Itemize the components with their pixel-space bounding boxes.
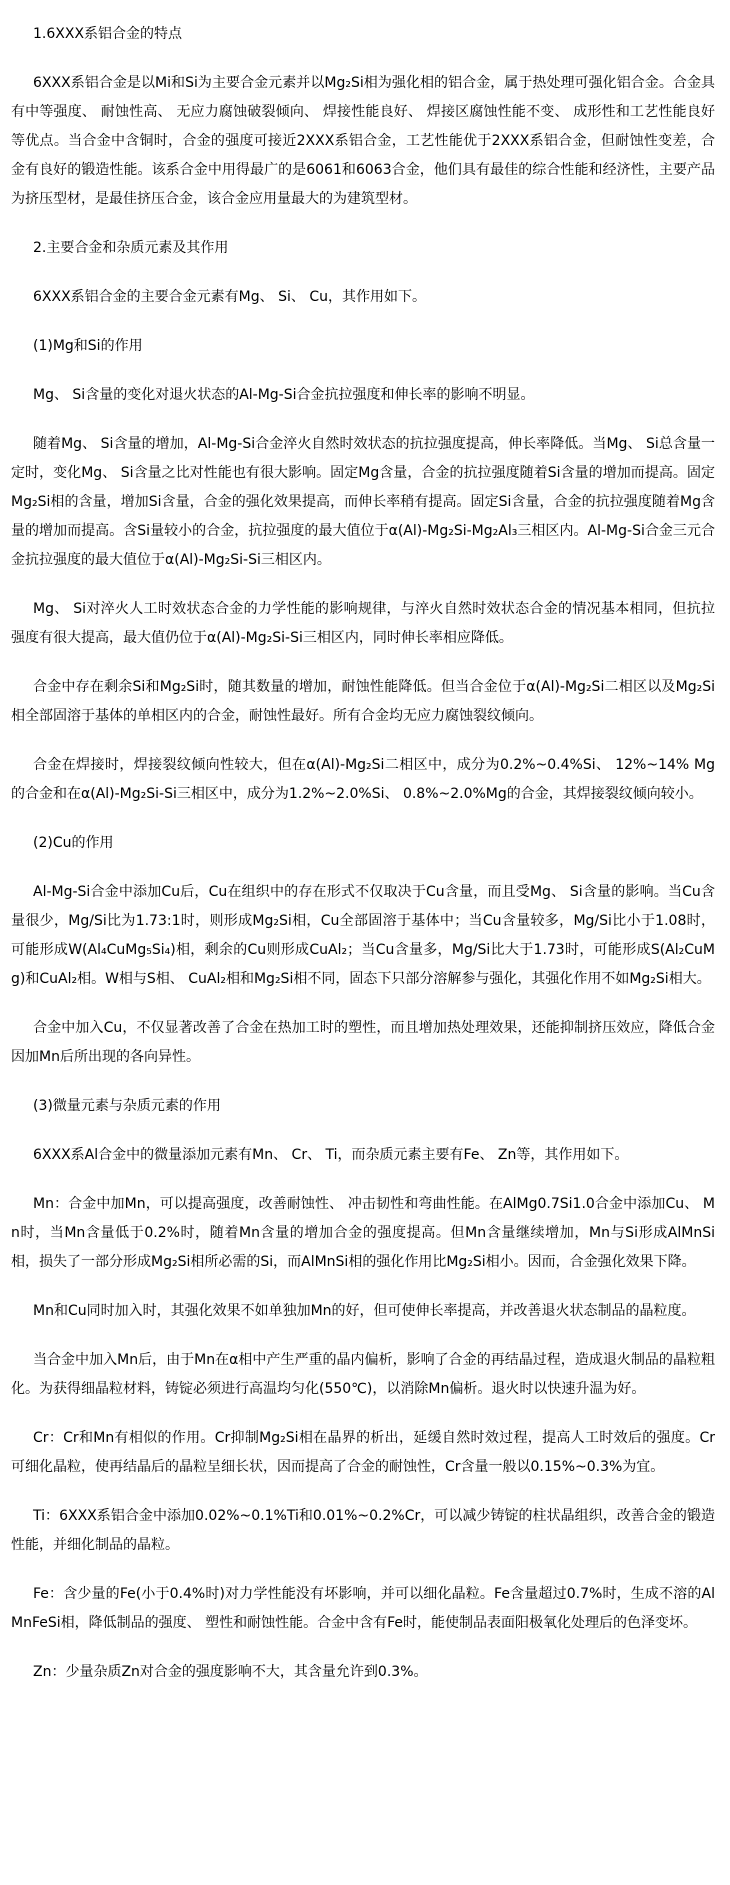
para-mn-cu-combined: Mn和Cu同时加入时，其强化效果不如单独加Mn的好，但可使伸长率提高，并改善退火… (11, 1297, 715, 1326)
heading-1-alloy-features: 1.6XXX系铝合金的特点 (11, 20, 715, 49)
para-main-elements-list: 6XXX系铝合金的主要合金元素有Mg、 Si、 Cu，其作用如下。 (11, 283, 715, 312)
para-ti-effect: Ti：6XXX系铝合金中添加0.02%~0.1%Ti和0.01%~0.2%Cr，… (11, 1502, 715, 1560)
heading-trace-impurity-elements: (3)微量元素与杂质元素的作用 (11, 1092, 715, 1121)
para-welding-cracking: 合金在焊接时，焊接裂纹倾向性较大，但在α(Al)-Mg₂Si二相区中，成分为0.… (11, 751, 715, 809)
heading-2-main-elements: 2.主要合金和杂质元素及其作用 (11, 234, 715, 263)
heading-mg-si-effect: (1)Mg和Si的作用 (11, 332, 715, 361)
para-fe-effect: Fe：含少量的Fe(小于0.4%时)对力学性能没有坏影响，并可以细化晶粒。Fe含… (11, 1580, 715, 1638)
para-alloy-overview: 6XXX系铝合金是以Mi和Si为主要合金元素并以Mg₂Si相为强化相的铝合金，属… (11, 69, 715, 214)
para-mn-effect: Mn：合金中加Mn，可以提高强度，改善耐蚀性、 冲击韧性和弯曲性能。在AlMg0… (11, 1190, 715, 1277)
heading-cu-effect: (2)Cu的作用 (11, 829, 715, 858)
para-mgsi-natural-aging: 随着Mg、 Si含量的增加，Al-Mg-Si合金淬火自然时效状态的抗拉强度提高，… (11, 430, 715, 575)
para-mgsi-annealed-state: Mg、 Si含量的变化对退火状态的Al-Mg-Si合金抗拉强度和伸长率的影响不明… (11, 381, 715, 410)
para-cu-phase-formation: Al-Mg-Si合金中添加Cu后，Cu在组织中的存在形式不仅取决于Cu含量，而且… (11, 878, 715, 994)
para-corrosion-resistance: 合金中存在剩余Si和Mg₂Si时，随其数量的增加，耐蚀性能降低。但当合金位于α(… (11, 673, 715, 731)
para-trace-elements-list: 6XXX系Al合金中的微量添加元素有Mn、 Cr、 Ti，而杂质元素主要有Fe、… (11, 1141, 715, 1170)
para-cu-benefits: 合金中加入Cu，不仅显著改善了合金在热加工时的塑性，而且增加热处理效果，还能抑制… (11, 1014, 715, 1072)
document-page: 1.6XXX系铝合金的特点 6XXX系铝合金是以Mi和Si为主要合金元素并以Mg… (0, 0, 730, 1885)
para-mgsi-artificial-aging: Mg、 Si对淬火人工时效状态合金的力学性能的影响规律，与淬火自然时效状态合金的… (11, 595, 715, 653)
para-mn-segregation: 当合金中加入Mn后，由于Mn在α相中产生严重的晶内偏析，影响了合金的再结晶过程，… (11, 1346, 715, 1404)
para-cr-effect: Cr：Cr和Mn有相似的作用。Cr抑制Mg₂Si相在晶界的析出，延缓自然时效过程… (11, 1424, 715, 1482)
para-zn-effect: Zn：少量杂质Zn对合金的强度影响不大，其含量允许到0.3%。 (11, 1658, 715, 1687)
